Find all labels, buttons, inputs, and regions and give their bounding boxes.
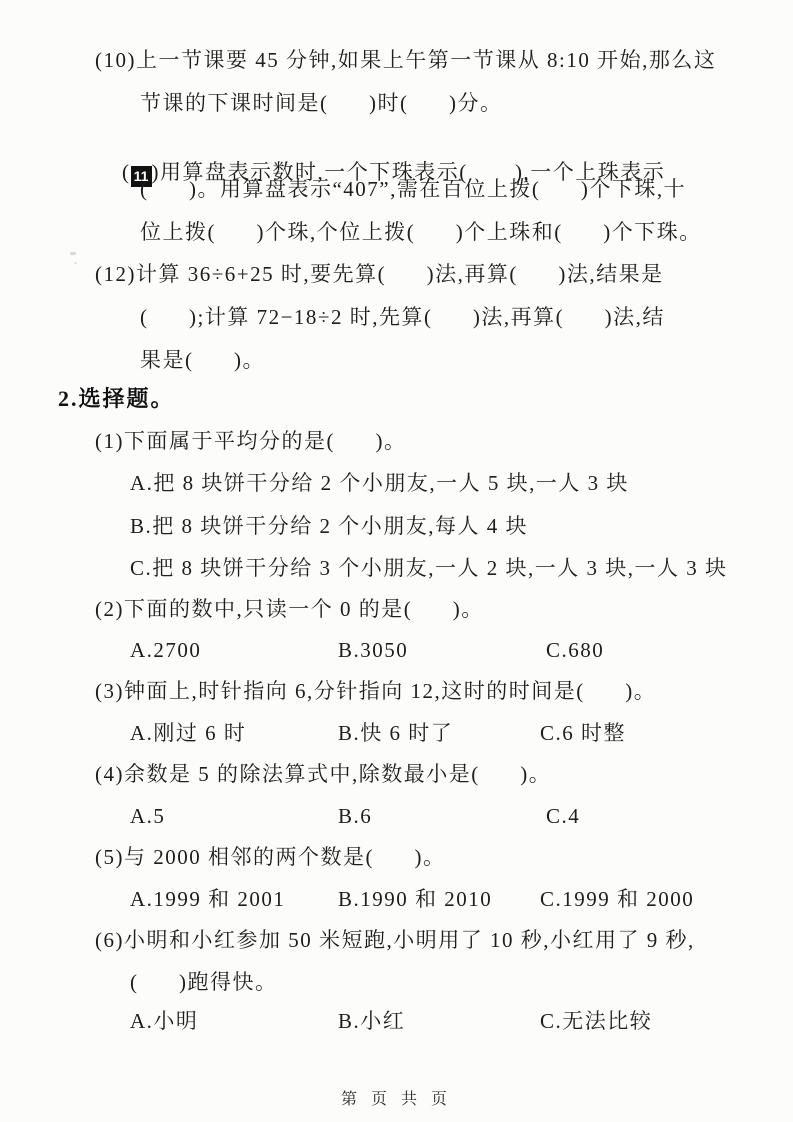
choice-1-option-c: C.把 8 块饼干分给 3 个小朋友,一人 2 块,一人 3 块,一人 3 块 <box>130 555 728 581</box>
choice-1-option-a: A.把 8 块饼干分给 2 个小朋友,一人 5 块,一人 3 块 <box>130 470 629 496</box>
choice-5-stem: (5)与 2000 相邻的两个数是( )。 <box>95 844 445 870</box>
choice-1-option-b: B.把 8 块饼干分给 2 个小朋友,每人 4 块 <box>130 513 528 539</box>
choice-6-stem-line-1: (6)小明和小红参加 50 米短跑,小明用了 10 秒,小红用了 9 秒, <box>95 927 695 953</box>
choice-2-stem: (2)下面的数中,只读一个 0 的是( )。 <box>95 596 484 622</box>
choice-5-option-b: B.1990 和 2010 <box>338 886 492 912</box>
choice-5-option-c: C.1999 和 2000 <box>540 886 694 912</box>
worksheet-page: (10)上一节课要 45 分钟,如果上午第一节课从 8:10 开始,那么这 节课… <box>0 0 793 1122</box>
scan-artifact <box>70 252 76 255</box>
choice-5-option-a: A.1999 和 2001 <box>130 886 285 912</box>
choice-2-option-a: A.2700 <box>130 637 201 663</box>
scan-artifact <box>74 262 77 264</box>
choice-6-stem-line-2: ( )跑得快。 <box>130 969 278 995</box>
choice-2-option-c: C.680 <box>546 637 604 663</box>
question-11-paren-open: ( <box>122 160 131 184</box>
question-10-line-1: (10)上一节课要 45 分钟,如果上午第一节课从 8:10 开始,那么这 <box>95 47 716 73</box>
section-2-heading: 2.选择题。 <box>58 386 175 412</box>
choice-4-option-c: C.4 <box>546 803 580 829</box>
choice-6-option-b: B.小红 <box>338 1008 405 1034</box>
choice-4-option-b: B.6 <box>338 803 372 829</box>
choice-4-stem: (4)余数是 5 的除法算式中,除数最小是( )。 <box>95 761 551 787</box>
choice-3-option-c: C.6 时整 <box>540 720 626 746</box>
choice-3-option-b: B.快 6 时了 <box>338 720 453 746</box>
choice-3-option-a: A.刚过 6 时 <box>130 720 246 746</box>
question-12-line-1: (12)计算 36÷6+25 时,要先算( )法,再算( )法,结果是 <box>95 261 664 287</box>
choice-4-option-a: A.5 <box>130 803 165 829</box>
question-11-line-2: ( )。用算盘表示“407”,需在百位上拨( )个下珠,十 <box>140 176 686 202</box>
choice-1-stem: (1)下面属于平均分的是( )。 <box>95 428 406 454</box>
question-12-line-3: 果是( )。 <box>140 347 265 373</box>
question-12-line-2: ( );计算 72−18÷2 时,先算( )法,再算( )法,结 <box>140 304 665 330</box>
question-10-line-2: 节课的下课时间是( )时( )分。 <box>140 90 502 116</box>
choice-2-option-b: B.3050 <box>338 637 408 663</box>
choice-6-option-c: C.无法比较 <box>540 1008 652 1034</box>
page-footer-label: 第 页 共 页 <box>0 1086 793 1109</box>
choice-3-stem: (3)钟面上,时针指向 6,分针指向 12,这时的时间是( )。 <box>95 678 656 704</box>
question-11-line-3: 位上拨( )个珠,个位上拨( )个上珠和( )个下珠。 <box>140 219 702 245</box>
choice-6-option-a: A.小明 <box>130 1008 198 1034</box>
